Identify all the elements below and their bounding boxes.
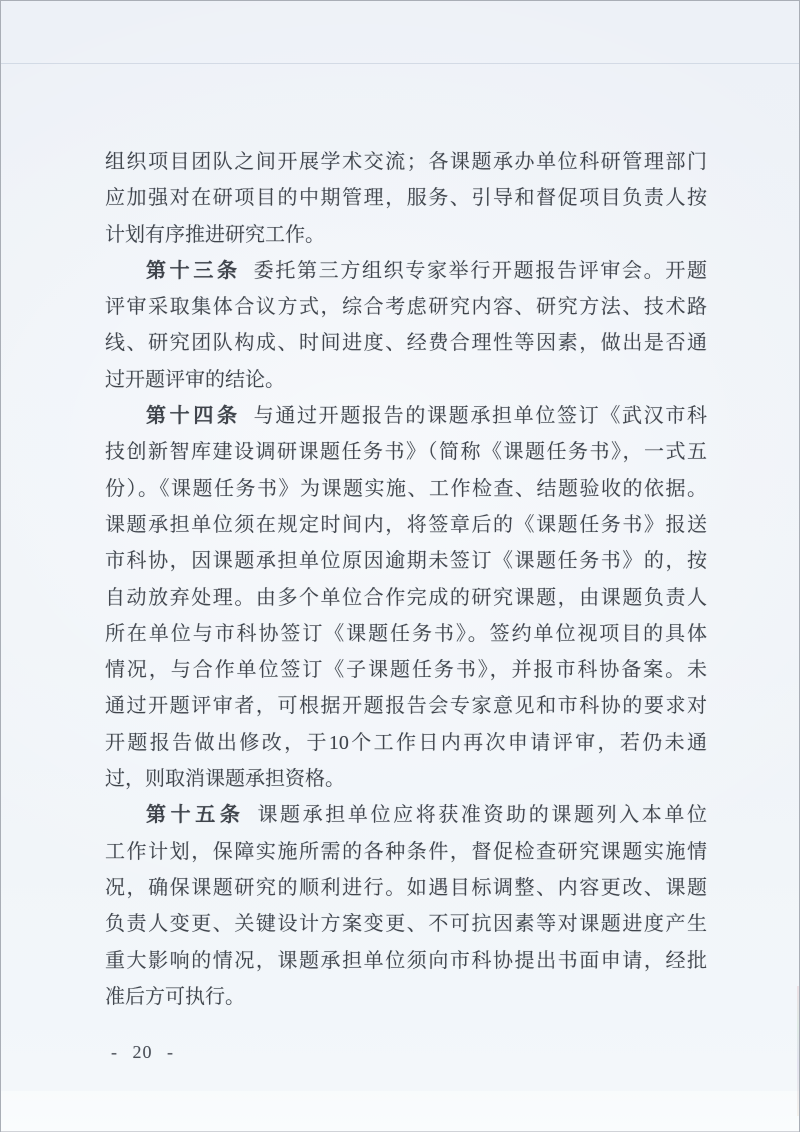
text-line: 技创新智库建设调研课题任务书》（简称《课题任务书》，一式五	[105, 434, 707, 470]
text-line: 情况，与合作单位签订《子课题任务书》，并报市科协备案。未	[105, 652, 707, 688]
text-line: 自动放弃处理。由多个单位合作完成的研究课题，由课题负责人	[105, 580, 707, 616]
text-line: 所在单位与市科协签订《课题任务书》。签约单位视项目的具体	[105, 616, 707, 652]
text-line: 准后方可执行。	[105, 979, 707, 1015]
text-line: 况，确保课题研究的顺利进行。如遇目标调整、内容更改、课题	[105, 870, 707, 906]
text-line: 应加强对在研项目的中期管理，服务、引导和督促项目负责人按	[105, 180, 707, 216]
article-number-label: 第十五条	[146, 804, 244, 826]
article-number-label: 第十三条	[146, 260, 241, 282]
text-line: 负责人变更、关键设计方案变更、不可抗因素等对课题进度产生	[105, 906, 707, 942]
text-line: 工作计划，保障实施所需的各种条件，督促检查研究课题实施情	[105, 834, 707, 870]
scanned-document-page: 组织项目团队之间开展学术交流；各课题承办单位科研管理部门应加强对在研项目的中期管…	[0, 0, 800, 1132]
text-line: 课题承担单位须在规定时间内，将签章后的《课题任务书》报送	[105, 507, 707, 543]
scan-artifact-bottom-strip	[1, 1091, 799, 1132]
text-line: 第十四条与通过开题报告的课题承担单位签订《武汉市科	[105, 398, 707, 434]
text-line: 份）。《课题任务书》为课题实施、工作检查、结题验收的依据。	[105, 471, 707, 507]
article-number-label: 第十四条	[146, 405, 241, 427]
text-line: 线、研究团队构成、时间进度、经费合理性等因素，做出是否通	[105, 325, 707, 361]
text-line: 过开题评审的结论。	[105, 362, 707, 398]
text-line: 通过开题评审者，可根据开题报告会专家意见和市科协的要求对	[105, 688, 707, 724]
text-line: 重大影响的情况，课题承担单位须向市科协提出书面申请，经批	[105, 943, 707, 979]
document-body: 组织项目团队之间开展学术交流；各课题承办单位科研管理部门应加强对在研项目的中期管…	[105, 144, 707, 1015]
text-line: 计划有序推进研究工作。	[105, 217, 707, 253]
text-line: 第十五条课题承担单位应将获准资助的课题列入本单位	[105, 797, 707, 833]
text-line: 开题报告做出修改，于10个工作日内再次申请评审，若仍未通	[105, 725, 707, 761]
page-number: - 20 -	[111, 1042, 174, 1063]
scan-artifact-right-noise	[797, 986, 799, 1116]
text-line: 评审采取集体合议方式，综合考虑研究内容、研究方法、技术路	[105, 289, 707, 325]
text-line: 组织项目团队之间开展学术交流；各课题承办单位科研管理部门	[105, 144, 707, 180]
text-line: 过，则取消课题承担资格。	[105, 761, 707, 797]
text-line: 第十三条委托第三方组织专家举行开题报告评审会。开题	[105, 253, 707, 289]
text-line: 市科协，因课题承担单位原因逾期未签订《课题任务书》的，按	[105, 543, 707, 579]
scan-artifact-top-line	[1, 63, 799, 64]
